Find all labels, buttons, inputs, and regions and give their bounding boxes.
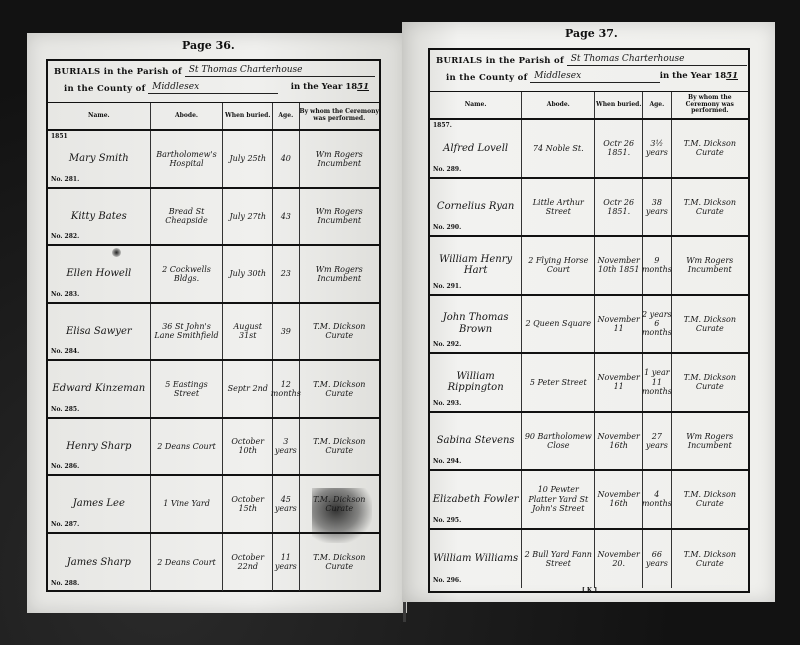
register-table: BURIALS in the Parish of St Thomas Chart… — [428, 48, 750, 593]
entry-name: Ellen Howell — [66, 268, 131, 280]
entry-officiant: T.M. Dickson Curate — [672, 296, 748, 353]
entry-name: Alfred Lovell — [443, 143, 508, 155]
entry-age: 2 years 6 months — [643, 296, 672, 353]
entry-age: 9 months — [643, 237, 672, 294]
entry-number: No. 294. — [433, 459, 461, 466]
entry-name: Henry Sharp — [66, 441, 131, 453]
entry-age: 38 years — [643, 179, 672, 236]
entry-name: Cornelius Ryan — [437, 201, 514, 213]
burials-label: BURIALS in the Parish of — [436, 56, 564, 66]
entry-abode: 36 St John's Lane Smithfield — [151, 304, 224, 360]
year-mark: 1851 — [51, 134, 68, 141]
entry-officiant: T.M. Dickson Curate — [672, 120, 748, 177]
entry-officiant: Wm Rogers Incumbent — [300, 189, 379, 245]
col-abode: Abode. — [522, 92, 595, 118]
entry-officiant: T.M. Dickson Curate — [300, 304, 379, 360]
signature-mark: [ K ] — [582, 587, 597, 594]
county-value: Middlesex — [148, 82, 278, 94]
entry-when-buried: November 20. — [595, 530, 643, 589]
col-age: Age. — [273, 103, 299, 129]
entry-officiant: T.M. Dickson Curate — [672, 354, 748, 411]
table-row: 1857.Alfred LovellNo. 289. 74 Noble St. … — [430, 120, 748, 179]
entry-age: 66 years — [643, 530, 672, 589]
entry-when-buried: November 16th — [595, 413, 643, 470]
column-headers: Name. Abode. When buried. Age. By whom t… — [430, 92, 748, 120]
entry-when-buried: November 16th — [595, 471, 643, 528]
entry-number: No. 296. — [433, 578, 461, 585]
entry-name: James Lee — [73, 498, 125, 510]
entry-name: Mary Smith — [69, 153, 129, 165]
entry-age: 27 years — [643, 413, 672, 470]
entry-number: No. 285. — [51, 407, 79, 414]
table-row: John Thomas BrownNo. 292. 2 Queen Square… — [430, 296, 748, 355]
entry-name: William Rippington — [432, 371, 519, 394]
entry-number: No. 290. — [433, 225, 461, 232]
entry-number: No. 284. — [51, 349, 79, 356]
page-number: Page 36. — [182, 39, 235, 52]
entry-officiant: T.M. Dickson Curate — [672, 471, 748, 528]
year-label: in the Year 18 — [291, 82, 357, 92]
entry-officiant: Wm Rogers Incumbent — [300, 246, 379, 302]
entry-number: No. 289. — [433, 167, 461, 174]
year-value: 51 — [357, 82, 369, 92]
page-number: Page 37. — [565, 27, 618, 40]
register-header: BURIALS in the Parish of St Thomas Chart… — [48, 61, 379, 103]
entry-name: Sabina Stevens — [437, 435, 515, 447]
entry-abode: 2 Queen Square — [522, 296, 595, 353]
table-row: Cornelius RyanNo. 290. Little Arthur Str… — [430, 179, 748, 238]
table-row: Edward KinzemanNo. 285. 5 Eastings Stree… — [48, 361, 379, 419]
county-value: Middlesex — [530, 71, 660, 83]
entry-name: John Thomas Brown — [432, 312, 519, 335]
entry-abode: Little Arthur Street — [522, 179, 595, 236]
entry-name: William Williams — [433, 553, 518, 565]
entry-name: William Henry Hart — [432, 254, 519, 277]
entry-abode: 5 Peter Street — [522, 354, 595, 411]
ink-spot — [112, 248, 121, 257]
col-when-buried: When buried. — [595, 92, 643, 118]
entry-officiant: T.M. Dickson Curate — [300, 361, 379, 417]
entry-age: 23 — [273, 246, 299, 302]
entry-officiant: Wm Rogers Incumbent — [672, 413, 748, 470]
entry-age: 11 years — [273, 534, 299, 592]
entry-when-buried: July 25th — [223, 131, 273, 187]
table-row: Sabina StevensNo. 294. 90 Bartholomew Cl… — [430, 413, 748, 472]
entry-when-buried: July 27th — [223, 189, 273, 245]
burials-label: BURIALS in the Parish of — [54, 67, 182, 77]
entry-number: No. 283. — [51, 292, 79, 299]
entry-number: No. 287. — [51, 522, 79, 529]
table-row: Elisa SawyerNo. 284. 36 St John's Lane S… — [48, 304, 379, 362]
entry-number: No. 291. — [433, 284, 461, 291]
entry-abode: Bartholomew's Hospital — [151, 131, 224, 187]
table-row: Elizabeth FowlerNo. 295. 10 Pewter Platt… — [430, 471, 748, 530]
register-header: BURIALS in the Parish of St Thomas Chart… — [430, 50, 748, 92]
entry-officiant: T.M. Dickson Curate — [300, 476, 379, 532]
col-abode: Abode. — [151, 103, 224, 129]
entry-name: Elizabeth Fowler — [433, 494, 519, 506]
entry-name: Edward Kinzeman — [52, 383, 145, 395]
column-headers: Name. Abode. When buried. Age. By whom t… — [48, 103, 379, 131]
entry-number: No. 281. — [51, 177, 79, 184]
entry-abode: Bread St Cheapside — [151, 189, 224, 245]
entry-age: 1 year 11 months — [643, 354, 672, 411]
entry-when-buried: Octr 26 1851. — [595, 120, 643, 177]
right-page: Page 37. BURIALS in the Parish of St Tho… — [402, 22, 775, 602]
entry-abode: 90 Bartholomew Close — [522, 413, 595, 470]
col-by-whom: By whom the Ceremony was performed. — [672, 92, 748, 118]
entry-name: Elisa Sawyer — [66, 326, 132, 338]
table-row: 1851Mary SmithNo. 281. Bartholomew's Hos… — [48, 131, 379, 189]
col-name: Name. — [48, 103, 151, 129]
entry-when-buried: November 11 — [595, 296, 643, 353]
entry-abode: 5 Eastings Street — [151, 361, 224, 417]
county-label: in the County of — [446, 73, 528, 83]
entry-when-buried: Septr 2nd — [223, 361, 273, 417]
entry-name: Kitty Bates — [71, 211, 127, 223]
entry-abode: 1 Vine Yard — [151, 476, 224, 532]
entry-abode: 2 Flying Horse Court — [522, 237, 595, 294]
entry-abode: 74 Noble St. — [522, 120, 595, 177]
entry-age: 3 years — [273, 419, 299, 475]
table-row: William Henry HartNo. 291. 2 Flying Hors… — [430, 237, 748, 296]
year-mark: 1857. — [433, 123, 452, 130]
entry-officiant: Wm Rogers Incumbent — [672, 237, 748, 294]
entry-number: No. 282. — [51, 234, 79, 241]
table-row: Henry SharpNo. 286. 2 Deans Court Octobe… — [48, 419, 379, 477]
table-row: James LeeNo. 287. 1 Vine Yard October 15… — [48, 476, 379, 534]
col-age: Age. — [643, 92, 672, 118]
parish-value: St Thomas Charterhouse — [185, 65, 375, 77]
entry-officiant: T.M. Dickson Curate — [300, 534, 379, 592]
register-table: BURIALS in the Parish of St Thomas Chart… — [46, 59, 381, 592]
entry-when-buried: October 10th — [223, 419, 273, 475]
entry-when-buried: November 10th 1851 — [595, 237, 643, 294]
entries: 1857.Alfred LovellNo. 289. 74 Noble St. … — [430, 120, 748, 588]
table-row: James SharpNo. 288. 2 Deans Court Octobe… — [48, 534, 379, 592]
entry-officiant: Wm Rogers Incumbent — [300, 131, 379, 187]
parish-value: St Thomas Charterhouse — [567, 54, 747, 66]
entry-when-buried: October 22nd — [223, 534, 273, 592]
entry-name: James Sharp — [67, 557, 131, 569]
entry-abode: 2 Bull Yard Fann Street — [522, 530, 595, 589]
year-value: 51 — [726, 71, 738, 81]
table-row: William RippingtonNo. 293. 5 Peter Stree… — [430, 354, 748, 413]
entry-number: No. 288. — [51, 581, 79, 588]
entry-number: No. 286. — [51, 464, 79, 471]
entry-when-buried: August 31st — [223, 304, 273, 360]
entry-number: No. 293. — [433, 401, 461, 408]
entry-number: No. 292. — [433, 342, 461, 349]
entry-age: 3½ years — [643, 120, 672, 177]
table-row: William WilliamsNo. 296. 2 Bull Yard Fan… — [430, 530, 748, 589]
entry-number: No. 295. — [433, 518, 461, 525]
entry-age: 43 — [273, 189, 299, 245]
table-row: Kitty BatesNo. 282. Bread St Cheapside J… — [48, 189, 379, 247]
entry-when-buried: October 15th — [223, 476, 273, 532]
entry-age: 12 months — [273, 361, 299, 417]
entry-age: 45 years — [273, 476, 299, 532]
entry-abode: 2 Cockwells Bldgs. — [151, 246, 224, 302]
entry-abode: 2 Deans Court — [151, 419, 224, 475]
entry-officiant: T.M. Dickson Curate — [672, 530, 748, 589]
entry-abode: 10 Pewter Platter Yard St John's Street — [522, 471, 595, 528]
col-by-whom: By whom the Ceremony was performed. — [300, 103, 379, 129]
entry-officiant: T.M. Dickson Curate — [672, 179, 748, 236]
table-row: Ellen HowellNo. 283. 2 Cockwells Bldgs. … — [48, 246, 379, 304]
entry-age: 4 months — [643, 471, 672, 528]
entry-when-buried: November 11 — [595, 354, 643, 411]
entry-age: 39 — [273, 304, 299, 360]
entry-abode: 2 Deans Court — [151, 534, 224, 592]
year-label: in the Year 18 — [660, 71, 726, 81]
entry-when-buried: July 30th — [223, 246, 273, 302]
entry-officiant: T.M. Dickson Curate — [300, 419, 379, 475]
scanned-register-spread: Page 36. BURIALS in the Parish of St Tho… — [0, 0, 800, 645]
col-when-buried: When buried. — [223, 103, 273, 129]
col-name: Name. — [430, 92, 522, 118]
entry-when-buried: Octr 26 1851. — [595, 179, 643, 236]
entry-age: 40 — [273, 131, 299, 187]
county-label: in the County of — [64, 84, 146, 94]
left-page: Page 36. BURIALS in the Parish of St Tho… — [27, 33, 407, 613]
entries: 1851Mary SmithNo. 281. Bartholomew's Hos… — [48, 131, 379, 591]
